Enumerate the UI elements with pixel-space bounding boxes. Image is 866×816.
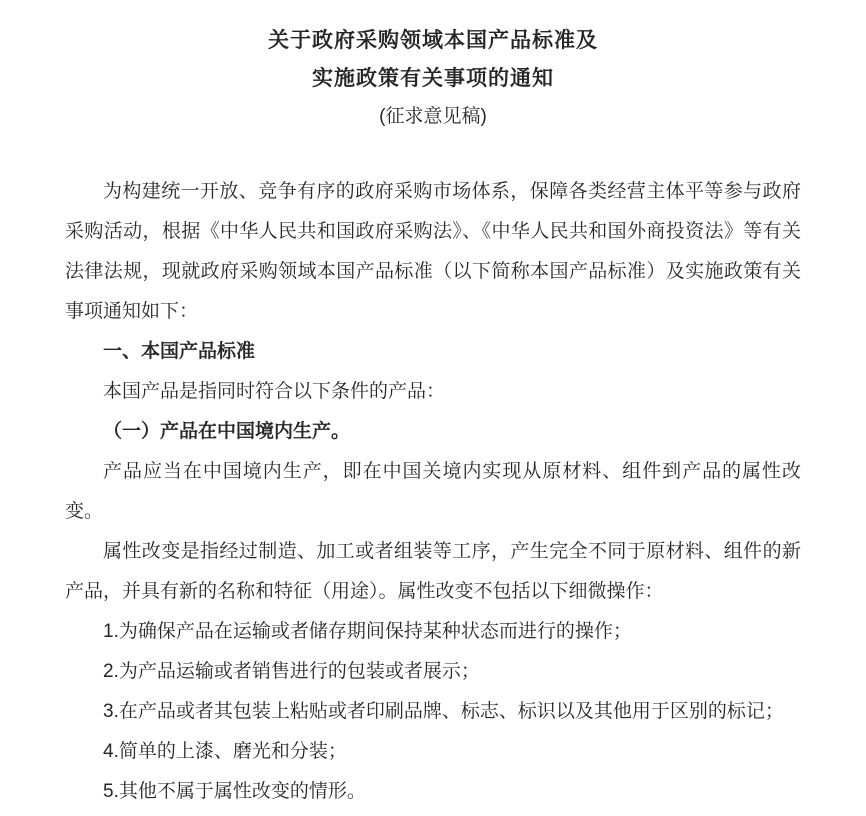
- subsection-1-1-paragraph-2: 属性改变是指经过制造、加工或者组装等工序，产生完全不同于原材料、组件的新产品，并…: [65, 532, 801, 612]
- list-item-3: 3.在产品或者其包装上粘贴或者印刷品牌、标志、标识以及其他用于区别的标记；: [65, 692, 801, 732]
- document-title-line1: 关于政府采购领域本国产品标准及: [65, 22, 801, 60]
- subsection-1-1-paragraph-1: 产品应当在中国境内生产，即在中国关境内实现从原材料、组件到产品的属性改变。: [65, 452, 801, 532]
- section-1-lead: 本国产品是指同时符合以下条件的产品：: [65, 372, 801, 412]
- list-item-2: 2.为产品运输或者销售进行的包装或者展示；: [65, 652, 801, 692]
- subsection-1-1-heading: （一）产品在中国境内生产。: [65, 412, 801, 452]
- document-page: 关于政府采购领域本国产品标准及 实施政策有关事项的通知 (征求意见稿) 为构建统…: [0, 0, 866, 816]
- section-1-heading: 一、本国产品标准: [65, 332, 801, 372]
- document-title-line2: 实施政策有关事项的通知: [65, 60, 801, 98]
- list-item-1: 1.为确保产品在运输或者储存期间保持某种状态而进行的操作；: [65, 612, 801, 652]
- document-body: 为构建统一开放、竞争有序的政府采购市场体系，保障各类经营主体平等参与政府采购活动…: [65, 172, 801, 812]
- document-subtitle-draft-label: (征求意见稿): [65, 98, 801, 136]
- intro-paragraph: 为构建统一开放、竞争有序的政府采购市场体系，保障各类经营主体平等参与政府采购活动…: [65, 172, 801, 332]
- list-item-5: 5.其他不属于属性改变的情形。: [65, 772, 801, 812]
- list-item-4: 4.简单的上漆、磨光和分装；: [65, 732, 801, 772]
